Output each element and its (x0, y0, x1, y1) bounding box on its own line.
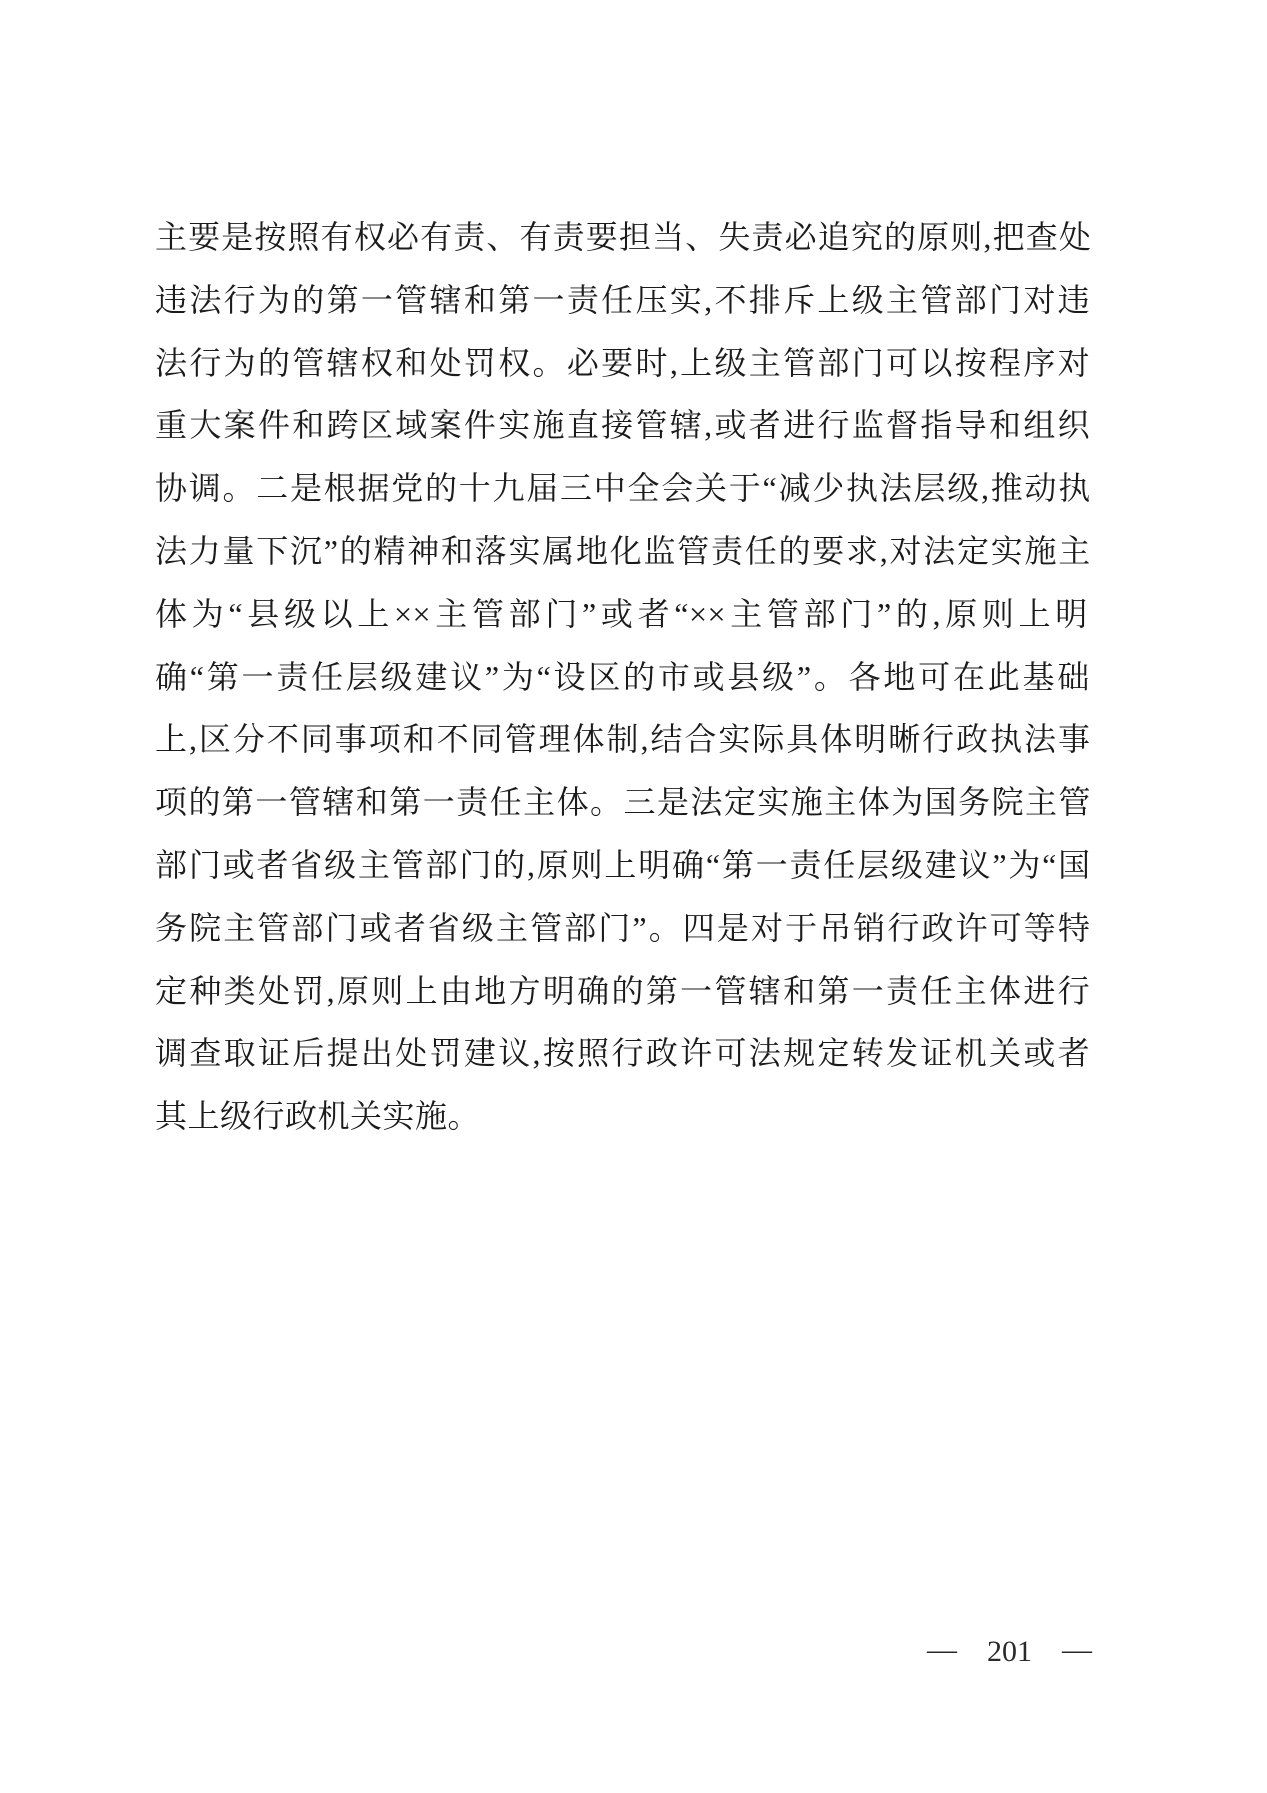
text-line: 务院主管部门或者省级主管部门”。四是对于吊销行政许可等特 (155, 897, 1092, 960)
text-line: 部门或者省级主管部门的,原则上明确“第一责任层级建议”为“国 (155, 834, 1092, 897)
document-page: 主要是按照有权必有责、有责要担当、失责必追究的原则,把查处 违法行为的第一管辖和… (0, 0, 1267, 1793)
text-line: 确“第一责任层级建议”为“设区的市或县级”。各地可在此基础 (155, 646, 1092, 709)
text-line: 体为“县级以上××主管部门”或者“××主管部门”的,原则上明 (155, 583, 1092, 646)
footer-dash-left: — (927, 1630, 957, 1670)
text-line: 违法行为的第一管辖和第一责任压实,不排斥上级主管部门对违 (155, 269, 1092, 332)
text-line: 调查取证后提出处罚建议,按照行政许可法规定转发证机关或者 (155, 1022, 1092, 1085)
text-line: 法力量下沉”的精神和落实属地化监管责任的要求,对法定实施主 (155, 520, 1092, 583)
text-line: 其上级行政机关实施。 (155, 1085, 1092, 1148)
body-paragraph: 主要是按照有权必有责、有责要担当、失责必追究的原则,把查处 违法行为的第一管辖和… (155, 206, 1092, 1148)
text-line: 上,区分不同事项和不同管理体制,结合实际具体明晰行政执法事 (155, 708, 1092, 771)
page-footer: — 201 — (927, 1632, 1092, 1672)
text-line: 主要是按照有权必有责、有责要担当、失责必追究的原则,把查处 (155, 206, 1092, 269)
text-line: 项的第一管辖和第一责任主体。三是法定实施主体为国务院主管 (155, 771, 1092, 834)
page-number: 201 (987, 1632, 1032, 1672)
text-line: 法行为的管辖权和处罚权。必要时,上级主管部门可以按程序对 (155, 332, 1092, 395)
text-line: 定种类处罚,原则上由地方明确的第一管辖和第一责任主体进行 (155, 960, 1092, 1023)
text-line: 协调。二是根据党的十九届三中全会关于“减少执法层级,推动执 (155, 457, 1092, 520)
text-line: 重大案件和跨区域案件实施直接管辖,或者进行监督指导和组织 (155, 394, 1092, 457)
footer-dash-right: — (1062, 1630, 1092, 1670)
